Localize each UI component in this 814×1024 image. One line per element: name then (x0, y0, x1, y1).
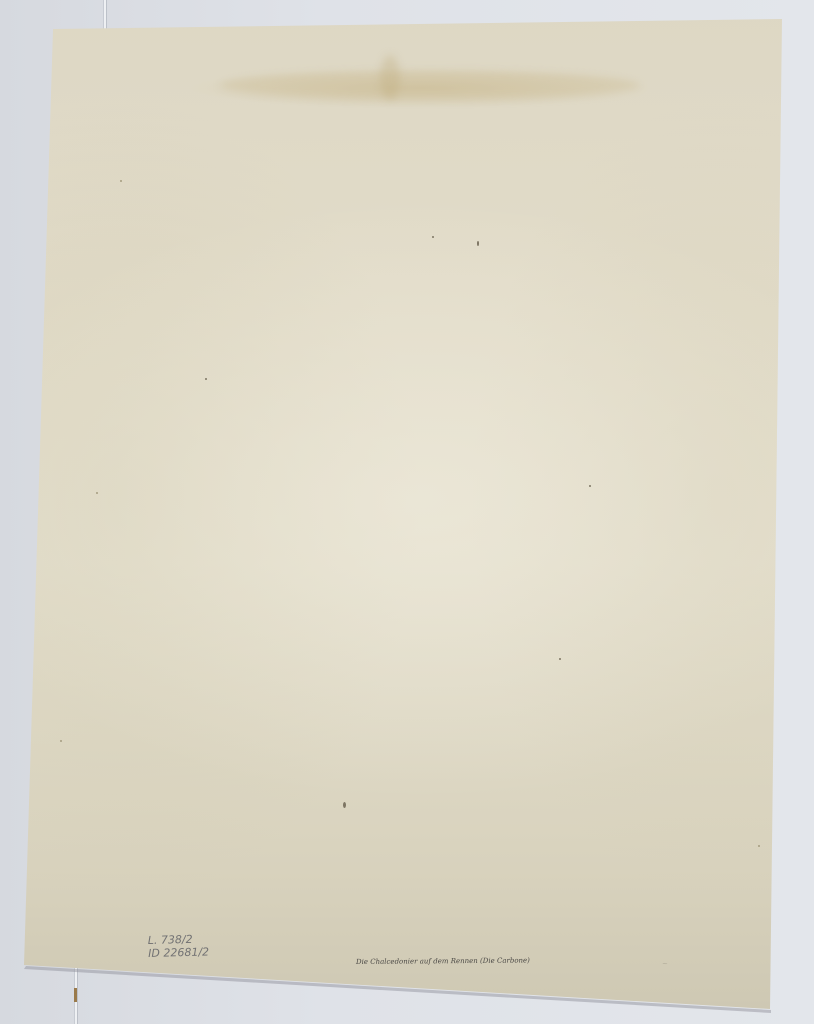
handwritten-caption: Die Chalcedonier auf dem Rennen (Die Car… (356, 956, 530, 966)
paper-sheet (0, 0, 814, 1024)
paper-speck (205, 378, 207, 380)
wall-seam-bottom (75, 966, 77, 1024)
paper-speck (477, 241, 479, 246)
paper-speck (343, 802, 346, 808)
paper-speck (432, 236, 434, 238)
tape-stain (220, 70, 640, 100)
inventory-line-2: ID 22681/2 (148, 945, 209, 960)
paper-speck (559, 658, 561, 660)
tape-stain-vertical (380, 55, 400, 100)
paper-speck (120, 180, 122, 182)
paper-speck (758, 845, 760, 847)
faint-corner-mark: ~ (662, 960, 668, 968)
paper-speck (589, 485, 591, 487)
wall-stain (74, 988, 77, 1002)
wall-seam-top (104, 0, 106, 30)
inventory-number: L. 738/2 ID 22681/2 (148, 932, 210, 960)
paper-speck (96, 492, 98, 494)
paper-speck (60, 740, 62, 742)
